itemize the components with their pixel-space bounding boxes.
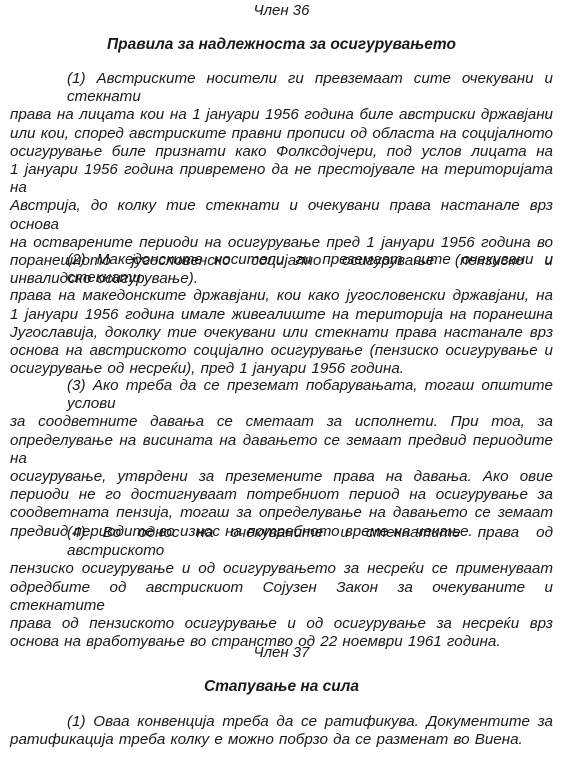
article-37: Член 37 Стапување на сила (1) Оваа конве… [10, 642, 553, 662]
paragraph-line: 1 јануари 1956 година привремено да не п… [10, 161, 553, 197]
paragraph-line: одредбите од австрискиот Сојузен Закон з… [10, 579, 553, 615]
paragraph-line: (2) Македонските носители ги преземаат с… [10, 251, 553, 287]
article-title: Стапување на сила [10, 678, 553, 696]
paragraph-line: соодветната пензија, тогаш за определува… [10, 504, 553, 522]
paragraph-line: (1) Оваа конвенција треба да се ратифику… [10, 713, 553, 731]
article-number: Член 37 [10, 642, 553, 662]
paragraph-line: пензиско осигурување и од осигурувањето … [10, 560, 553, 578]
paragraph-line: осигурување биле признати како Фолксдојч… [10, 143, 553, 161]
paragraph-line: основа на австриското социјално осигурув… [10, 342, 553, 360]
paragraph-line: 1 јануари 1956 година имале живеалиште н… [10, 306, 553, 324]
paragraph-line: на остварените периоди на осигурување пр… [10, 234, 553, 252]
article-36: Член 36 Правила за надлежноста за осигур… [10, 0, 553, 20]
paragraph-line: ратификација треба колку е можно побрзо … [10, 731, 553, 749]
paragraph-4: (4) Во однос на очекуваните и стекнатите… [10, 524, 553, 651]
article-number: Член 36 [10, 0, 553, 20]
paragraph-line: за соодветните давања се сметаат за испо… [10, 413, 553, 431]
paragraph-line: Австрија, до колку тие стекнати и очекув… [10, 197, 553, 233]
paragraph-1: (1) Оваа конвенција треба да се ратифику… [10, 713, 553, 749]
paragraph-2: (2) Македонските носители ги преземаат с… [10, 251, 553, 378]
paragraph-line: периоди не го достигнуваат потребниот пе… [10, 486, 553, 504]
paragraph-line: осигурување од несреќи), пред 1 јануари … [10, 360, 553, 378]
paragraph-line: или кои, според австриските правни пропи… [10, 125, 553, 143]
article-title: Правила за надлежноста за осигурувањето [10, 36, 553, 54]
paragraph-line: Југославија, доколку тие очекувани или с… [10, 324, 553, 342]
paragraph-line: (3) Ако треба да се преземат побарувањат… [10, 377, 553, 413]
paragraph-line: определување на висината на давањето се … [10, 432, 553, 468]
paragraph-line: осигурување, утврдени за преземените пра… [10, 468, 553, 486]
paragraph-line: права на лицата кои на 1 јануари 1956 го… [10, 106, 553, 124]
paragraph-line: права на македонските државјани, кои как… [10, 287, 553, 305]
paragraph-line: (1) Австриските носители ги превземаат с… [10, 70, 553, 106]
paragraph-line: права од пензиското осигурување и од оси… [10, 615, 553, 633]
paragraph-3: (3) Ако треба да се преземат побарувањат… [10, 377, 553, 541]
paragraph-line: (4) Во однос на очекуваните и стекнатите… [10, 524, 553, 560]
